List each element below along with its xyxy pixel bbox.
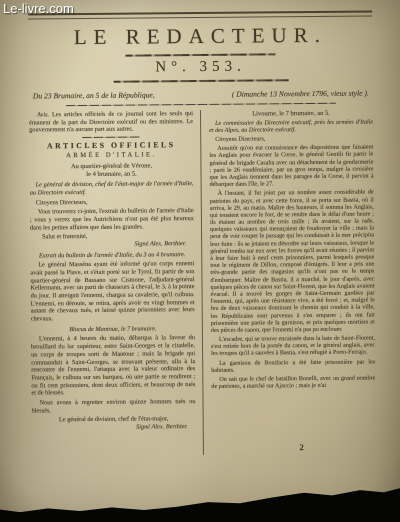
blocus-heading: Blocus de Mantoue, le 7 brumaire. <box>31 325 195 334</box>
left-paragraph-4: Nous avons à regretter environ quinze ho… <box>31 398 195 415</box>
scanned-newspaper-photo: Le-livre.com LE REDACTEUR. N°. 353. Du 2… <box>0 0 400 522</box>
right-paragraph-2: À l'instant, il fut joint par un nombre … <box>210 190 375 335</box>
left-column: Avis. Les articles officiels de ce journ… <box>29 110 204 456</box>
right-column: Livourne, le 7 brumaire, an 5. Le commis… <box>201 108 376 454</box>
right-paragraph-4: La garnison de Bonifacio a été faite pri… <box>211 359 375 375</box>
left-addressee: Le général de division, chef de l'état-m… <box>30 180 194 197</box>
left-place-line1: Au quartier-général de Vérone, <box>29 162 193 171</box>
avis-paragraph: Avis. Les articles officiels de ce journ… <box>29 110 193 134</box>
left-paragraph-2: Le général Masséna ayant été informé qu'… <box>30 260 195 323</box>
left-paragraph-3: L'ennemi, à 4 heures du matin, débarqua … <box>31 335 196 398</box>
watermark-text: Le-livre.com <box>3 1 74 16</box>
left-salutation: Citoyens Directeurs, <box>30 198 194 207</box>
rule-under-issue <box>113 79 288 83</box>
text-columns: Avis. Les articles officiels de ce journ… <box>29 108 376 456</box>
section-heading: ARTICLES OFFICIELS <box>29 140 193 151</box>
avis-label: Avis. <box>37 111 49 118</box>
dateline-gregorian: ( Dimanche 13 Novembre 1796, vieux style… <box>232 89 369 99</box>
right-addressee: Le commissaire du Directoire exécutif, p… <box>209 119 373 135</box>
left-place-line2: le 4 brumaire, an 5. <box>30 171 194 180</box>
right-paragraph-1: Aussitôt qu'on eut connaissance des disp… <box>209 145 373 190</box>
right-place-line: Livourne, le 7 brumaire, an 5. <box>209 109 373 118</box>
issue-number: N°. 353. <box>29 57 373 77</box>
page-number: 2 <box>299 442 303 452</box>
newspaper-title: LE REDACTEUR. <box>28 22 372 50</box>
left-signature-2: Signé Alex. Berthier. <box>32 423 188 432</box>
dateline: Du 23 Brumaire, an 5 de la République, (… <box>29 88 373 100</box>
left-signature-1: Signé Alex. Berthier. <box>30 240 186 249</box>
rule-under-title <box>125 53 275 56</box>
top-double-rule <box>28 10 372 19</box>
right-salutation: Citoyens Directeurs, <box>209 136 373 145</box>
dateline-republican: Du 23 Brumaire, an 5 de la République, <box>33 90 155 100</box>
bulletin-heading: Extrait du bulletin de l'armée d'Italie,… <box>30 251 194 260</box>
rule-under-avis <box>82 137 140 139</box>
right-paragraph-3: L'escadre, qui se trouve encaissée dans … <box>211 336 375 359</box>
avis-text: Les articles officiels de ce journal son… <box>29 110 193 134</box>
rule-under-dateline <box>66 103 336 106</box>
left-paragraph-1: Vous trouverez ci-joint, l'extrait du bu… <box>30 207 194 231</box>
army-heading: ARMÉE D'ITALIE. <box>29 151 193 160</box>
printed-page: LE REDACTEUR. N°. 353. Du 23 Brumaire, a… <box>0 0 400 457</box>
right-paragraph-5: On sait que le chef de bataillon Bonelli… <box>211 376 375 392</box>
